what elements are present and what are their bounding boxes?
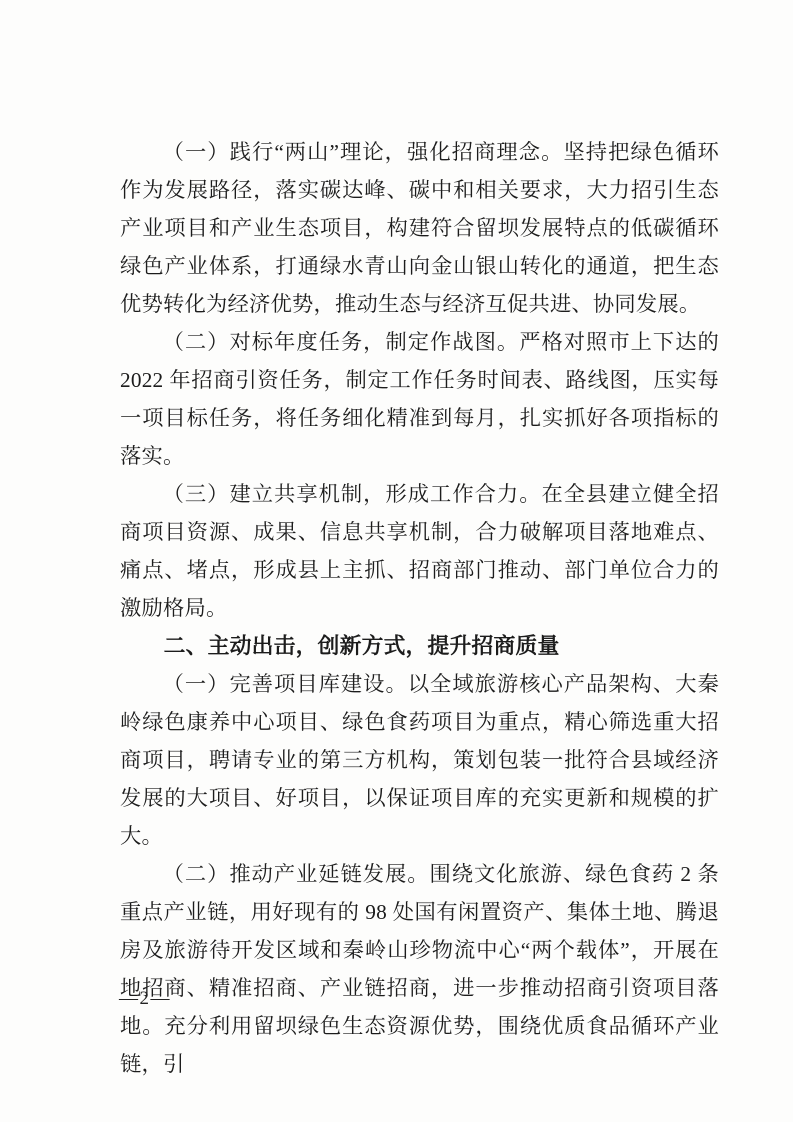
section-heading-2: 二、主动出击，创新方式，提升招商质量 [120,627,719,665]
document-body: （一）践行“两山”理论，强化招商理念。坚持把绿色循环作为发展路径，落实碳达峰、碳… [120,133,719,1083]
paragraph-1-1-practice-two-mountains: （一）践行“两山”理论，强化招商理念。坚持把绿色循环作为发展路径，落实碳达峰、碳… [120,133,719,323]
paragraph-2-1-project-library: （一）完善项目库建设。以全域旅游核心产品架构、大秦岭绿色康养中心项目、绿色食药项… [120,665,719,855]
paragraph-1-2-annual-tasks: （二）对标年度任务，制定作战图。严格对照市上下达的 2022 年招商引资任务，制… [120,323,719,475]
paragraph-1-3-sharing-mechanism: （三）建立共享机制，形成工作合力。在全县建立健全招商项目资源、成果、信息共享机制… [120,475,719,627]
paragraph-2-2-industry-chain: （二）推动产业延链发展。围绕文化旅游、绿色食药 2 条重点产业链，用好现有的 9… [120,855,719,1083]
document-page: （一）践行“两山”理论，强化招商理念。坚持把绿色循环作为发展路径，落实碳达峰、碳… [0,0,793,1122]
page-number: —2— [119,988,171,1010]
